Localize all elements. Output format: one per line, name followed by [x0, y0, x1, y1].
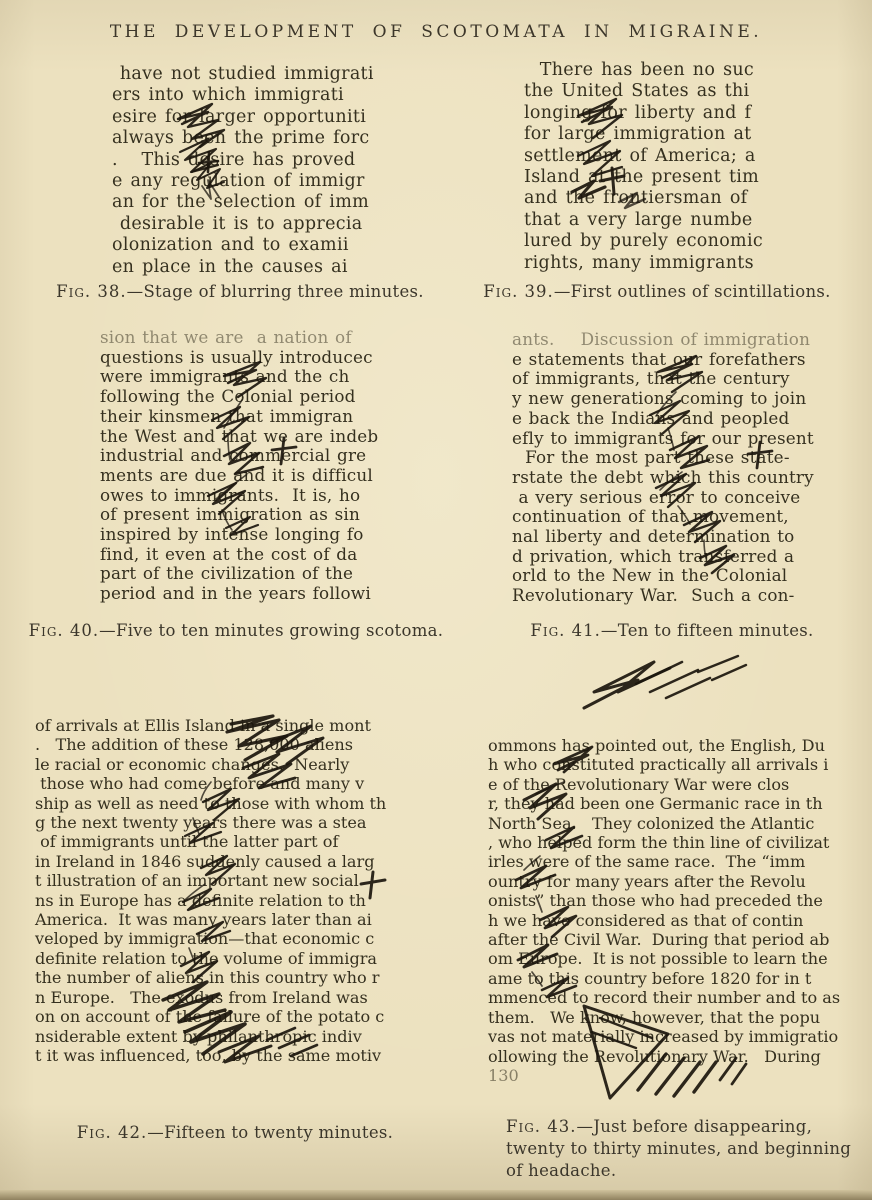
- text-line: e any regulation of immigr: [112, 171, 432, 192]
- text-line: always been the prime forc: [112, 128, 432, 149]
- text-line: of arrivals at Ellis Island in a single …: [35, 716, 427, 735]
- text-line: ountry for many years after the Revolu: [488, 872, 860, 891]
- text-line: efly to immigrants for our present: [512, 429, 857, 449]
- page-title: THE DEVELOPMENT OF SCOTOMATA IN MIGRAINE…: [0, 22, 872, 42]
- text-line: For the most part these state-: [512, 448, 857, 468]
- text-line: rstate the debt which this country: [512, 468, 857, 488]
- text-line: esire for larger opportuniti: [112, 107, 432, 128]
- text-line: period and in the years followi: [100, 584, 440, 604]
- text-line: after the Civil War. During that period …: [488, 930, 860, 949]
- text-line: their kinsmen that immigran: [100, 407, 440, 427]
- text-line: a very serious error to conceive: [512, 488, 857, 508]
- figure-41-caption: Fig. 41.—Ten to fifteen minutes.: [476, 620, 868, 642]
- page-bottom-edge: [0, 1190, 872, 1200]
- text-line: definite relation to the volume of immig…: [35, 949, 427, 968]
- text-line: and the frontiersman of: [524, 188, 844, 209]
- figure-43-caption-label: Fig. 43.: [506, 1117, 577, 1136]
- text-line: ments are due and it is difficul: [100, 466, 440, 486]
- figure-38-text: have not studied immigratiers into which…: [112, 64, 432, 278]
- figure-39-caption: Fig. 39.—First outlines of scintillation…: [452, 281, 862, 303]
- figure-39-panel: There has been no sucthe United States a…: [524, 60, 844, 272]
- figure-40-caption-text: —Five to ten minutes growing scotoma.: [99, 621, 443, 640]
- text-line: g the next twenty years there was a stea: [35, 813, 427, 832]
- text-line: d privation, which transferred a: [512, 547, 857, 567]
- figure-41-caption-label: Fig. 41.: [530, 621, 601, 640]
- text-line: the United States as thi: [524, 81, 844, 102]
- figure-43-panel: ommons has pointed out, the English, Duh…: [488, 650, 860, 1102]
- text-line: ship as well as need to those with whom …: [35, 794, 427, 813]
- text-line: nsiderable extent by philanthropic indiv: [35, 1027, 427, 1046]
- text-line: le racial or economic changes. Nearly: [35, 755, 427, 774]
- text-line: Revolutionary War. Such a con-: [512, 586, 857, 606]
- figure-41-text: ants. Discussion of immigratione stateme…: [512, 330, 857, 606]
- text-line: of immigrants until the latter part of: [35, 832, 427, 851]
- text-line: were immigrants and the ch: [100, 367, 440, 387]
- text-line: of present immigration as sin: [100, 505, 440, 525]
- text-line: y new generations coming to join: [512, 389, 857, 409]
- figure-42-panel: of arrivals at Ellis Island in a single …: [35, 716, 427, 1068]
- figure-39-caption-text: —First outlines of scintillations.: [554, 282, 831, 301]
- text-line: that a very large numbe: [524, 210, 844, 231]
- text-line: veloped by immigration—that economic c: [35, 929, 427, 948]
- text-line: vas not materially increased by immigrat…: [488, 1027, 860, 1046]
- text-line: irles were of the same race. The “imm: [488, 852, 860, 871]
- text-line: h we have considered as that of contin: [488, 911, 860, 930]
- text-line: of immigrants, that the century: [512, 369, 857, 389]
- text-line: have not studied immigrati: [112, 64, 432, 85]
- text-line: continuation of that movement,: [512, 507, 857, 527]
- text-line: them. We know, however, that the popu: [488, 1008, 860, 1027]
- text-line: ants. Discussion of immigration: [512, 330, 857, 350]
- text-line: the number of aliens in this country who…: [35, 968, 427, 987]
- text-line: n Europe. The exodus from Ireland was: [35, 988, 427, 1007]
- text-line: desirable it is to apprecia: [112, 214, 432, 235]
- text-line: on on account of the failure of the pota…: [35, 1007, 427, 1026]
- figure-41-caption-text: —Ten to fifteen minutes.: [601, 621, 814, 640]
- figure-38-panel: have not studied immigratiers into which…: [112, 64, 432, 276]
- figure-40-panel: sion that we are a nation ofquestions is…: [100, 328, 440, 608]
- text-line: nal liberty and determination to: [512, 527, 857, 547]
- text-line: , who helped form the thin line of civil…: [488, 833, 860, 852]
- text-line: an for the selection of imm: [112, 192, 432, 213]
- text-line: questions is usually introducec: [100, 348, 440, 368]
- figure-43-text: ommons has pointed out, the English, Duh…: [488, 650, 860, 1085]
- text-line: industrial and commercial gre: [100, 446, 440, 466]
- text-line: those who had come before and many v: [35, 774, 427, 793]
- text-line: en place in the causes ai: [112, 257, 432, 278]
- text-line: orld to the New in the Colonial: [512, 566, 857, 586]
- text-line: the West and that we are indeb: [100, 427, 440, 447]
- text-line: part of the civilization of the: [100, 564, 440, 584]
- text-line: ame to this country before 1820 for in t: [488, 969, 860, 988]
- figure-39-caption-label: Fig. 39.: [483, 282, 554, 301]
- text-line: mmenced to record their number and to as: [488, 988, 860, 1007]
- text-line: find, it even at the cost of da: [100, 545, 440, 565]
- text-line: t it was influenced, too, by the same mo…: [35, 1046, 427, 1065]
- text-line: h who constituted practically all arriva…: [488, 755, 860, 774]
- text-line: ollowing the Revolutionary War. During: [488, 1047, 860, 1066]
- text-line: e back the Indians and peopled: [512, 409, 857, 429]
- text-line: owes to immigrants. It is, ho: [100, 486, 440, 506]
- text-line: America. It was many years later than ai: [35, 910, 427, 929]
- text-line: . This desire has proved: [112, 150, 432, 171]
- text-line: longing for liberty and f: [524, 103, 844, 124]
- text-line: ommons has pointed out, the English, Du: [488, 736, 860, 755]
- text-line: following the Colonial period: [100, 387, 440, 407]
- figure-38-caption-label: Fig. 38.: [56, 282, 127, 301]
- text-line: t illustration of an important new socia…: [35, 871, 427, 890]
- text-line: ns in Europe has a definite relation to …: [35, 891, 427, 910]
- text-line: om Europe. It is not possible to learn t…: [488, 949, 860, 968]
- text-line: Island at the present tim: [524, 167, 844, 188]
- figure-42-caption: Fig. 42.—Fifteen to twenty minutes.: [30, 1122, 440, 1144]
- text-line: inspired by intense longing fo: [100, 525, 440, 545]
- figure-40-caption-label: Fig. 40.: [29, 621, 100, 640]
- text-line: e statements that our forefathers: [512, 350, 857, 370]
- text-line: North Sea. They colonized the Atlantic: [488, 814, 860, 833]
- text-line: settlement of America; a: [524, 146, 844, 167]
- text-line: There has been no suc: [524, 60, 844, 81]
- text-line: in Ireland in 1846 suddenly caused a lar…: [35, 852, 427, 871]
- text-line: onists” than those who had preceded the: [488, 891, 860, 910]
- text-line: ers into which immigrati: [112, 85, 432, 106]
- text-line: 130: [488, 1066, 860, 1085]
- text-line: r, they had been one Germanic race in th: [488, 794, 860, 813]
- figure-42-caption-label: Fig. 42.: [77, 1123, 148, 1142]
- text-line: for large immigration at: [524, 124, 844, 145]
- text-line: sion that we are a nation of: [100, 328, 440, 348]
- figure-38-caption: Fig. 38.—Stage of blurring three minutes…: [30, 281, 450, 303]
- text-line: rights, many immigrants: [524, 253, 844, 274]
- figure-40-text: sion that we are a nation ofquestions is…: [100, 328, 440, 604]
- figure-41-panel: ants. Discussion of immigratione stateme…: [512, 330, 857, 610]
- figure-39-text: There has been no sucthe United States a…: [524, 60, 844, 274]
- figure-43-caption: Fig. 43.—Just before disappearing, twent…: [506, 1116, 858, 1182]
- text-line: olonization and to examii: [112, 235, 432, 256]
- figure-38-caption-text: —Stage of blurring three minutes.: [127, 282, 424, 301]
- figure-42-text: of arrivals at Ellis Island in a single …: [35, 716, 427, 1065]
- text-line: e of the Revolutionary War were clos: [488, 775, 860, 794]
- figure-42-caption-text: —Fifteen to twenty minutes.: [147, 1123, 393, 1142]
- figure-40-caption: Fig. 40.—Five to ten minutes growing sco…: [18, 620, 454, 642]
- text-line: lured by purely economic: [524, 231, 844, 252]
- text-line: . The addition of these 128,000 aliens: [35, 735, 427, 754]
